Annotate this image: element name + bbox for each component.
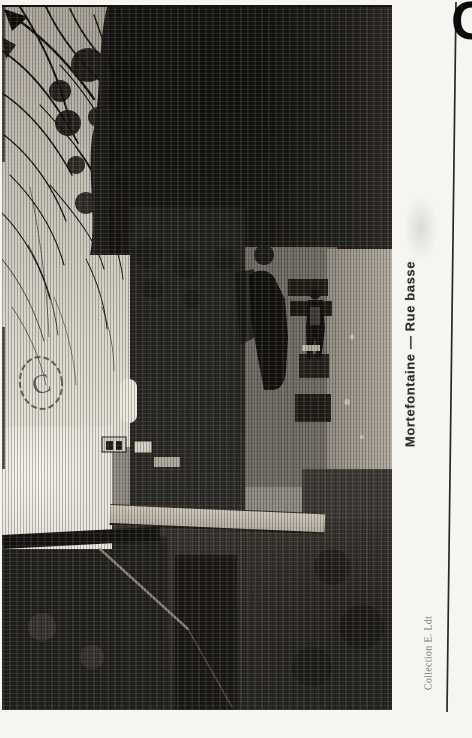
scanned-page: { "postcard": { "caption": "Mortefontain…: [0, 0, 472, 738]
corner-c-mark: C: [451, 0, 472, 48]
publisher-credit: Collection E. Ldt: [424, 616, 435, 690]
caption-title: Mortefontaine — Rue basse: [403, 261, 418, 447]
pencil-c-letter: C: [29, 367, 54, 401]
margin-smudge: [404, 196, 438, 262]
pencil-circle-mark: C: [12, 348, 72, 420]
